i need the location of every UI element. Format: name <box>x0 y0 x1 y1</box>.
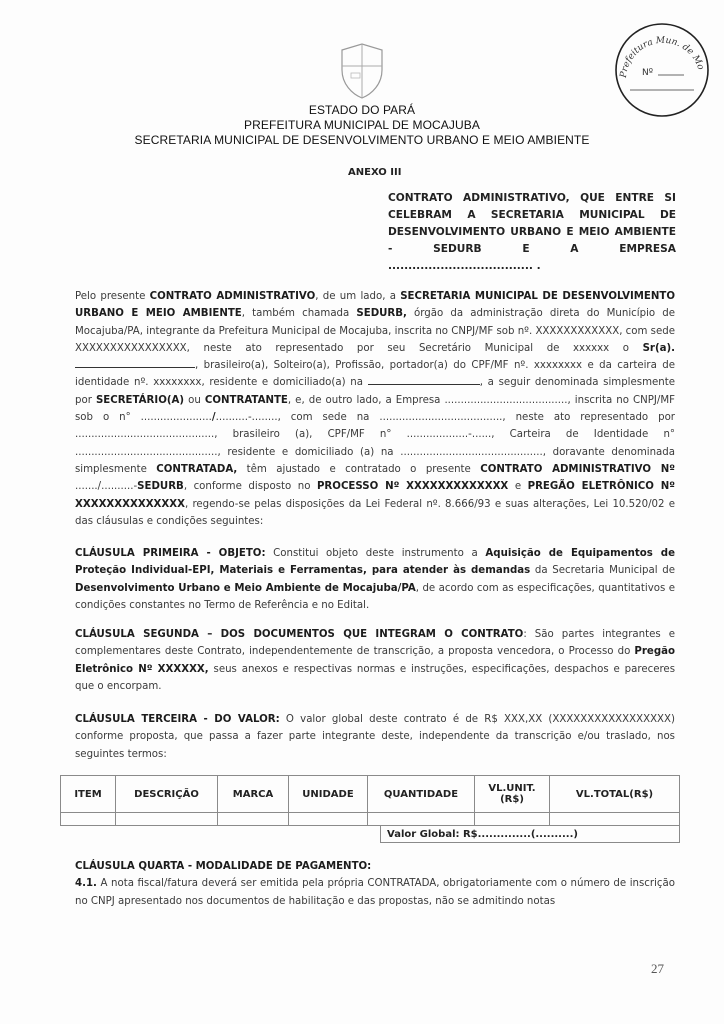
cell <box>116 813 218 826</box>
col-description: DESCRIÇÃO <box>116 776 218 813</box>
clause-4-heading: CLÁUSULA QUARTA - MODALIDADE DE PAGAMENT… <box>75 858 675 875</box>
clause-4: CLÁUSULA QUARTA - MODALIDADE DE PAGAMENT… <box>75 858 675 910</box>
svg-text:Prefeitura Mun. de Mocajuba: Prefeitura Mun. de Mocajuba <box>612 20 706 79</box>
text: Constitui objeto deste instrumento a <box>266 548 486 559</box>
text-bold: Sr(a). <box>643 343 675 354</box>
text: , de um lado, a <box>315 291 400 302</box>
text-bold: SEDURB <box>137 481 184 492</box>
text: ou <box>184 395 205 406</box>
cell <box>550 813 680 826</box>
text-bold: SECRETÁRIO(A) <box>96 395 184 406</box>
header-state: ESTADO DO PARÁ <box>0 103 724 117</box>
items-table: ITEM DESCRIÇÃO MARCA UNIDADE QUANTIDADE … <box>60 775 680 826</box>
text: e <box>508 481 527 492</box>
global-value: Valor Global: R$..............(.........… <box>380 825 680 843</box>
header-municipality: PREFEITURA MUNICIPAL DE MOCAJUBA <box>0 118 724 132</box>
cell <box>475 813 550 826</box>
cell <box>368 813 475 826</box>
col-item: ITEM <box>61 776 116 813</box>
clause-2: CLÁUSULA SEGUNDA – DOS DOCUMENTOS QUE IN… <box>75 626 675 695</box>
cell <box>289 813 368 826</box>
cell <box>61 813 116 826</box>
table-header-row: ITEM DESCRIÇÃO MARCA UNIDADE QUANTIDADE … <box>61 776 680 813</box>
col-quantity: QUANTIDADE <box>368 776 475 813</box>
col-total-value: VL.TOTAL(R$) <box>550 776 680 813</box>
text-bold: CONTRATO ADMINISTRATIVO Nº <box>480 464 675 475</box>
text: , conforme disposto no <box>184 481 317 492</box>
text: ......./..........- <box>75 481 137 492</box>
clause-1: CLÁUSULA PRIMEIRA - OBJETO: Constitui ob… <box>75 545 675 614</box>
clause-3: CLÁUSULA TERCEIRA - DO VALOR: O valor gl… <box>75 711 675 763</box>
text-bold: Desenvolvimento Urbano e Meio Ambiente d… <box>75 583 416 594</box>
municipal-crest-icon <box>338 42 386 100</box>
table-row <box>61 813 680 826</box>
header-secretariat: SECRETARIA MUNICIPAL DE DESENVOLVIMENTO … <box>0 133 724 147</box>
intro-paragraph: Pelo presente CONTRATO ADMINISTRATIVO, d… <box>75 288 675 530</box>
col-brand: MARCA <box>218 776 289 813</box>
text-bold: CONTRATO ADMINISTRATIVO <box>150 291 316 302</box>
text: A nota fiscal/fatura deverá ser emitida … <box>75 878 675 906</box>
text: da Secretaria Municipal de <box>530 565 675 576</box>
secretary-name-blank <box>75 358 195 368</box>
text-bold: PROCESSO Nº XXXXXXXXXXXXX <box>317 481 508 492</box>
cell <box>218 813 289 826</box>
text: , também chamada <box>242 308 357 319</box>
text: têm ajustado e contratado o presente <box>237 464 480 475</box>
text-bold: SEDURB, <box>356 308 407 319</box>
clause-3-heading: CLÁUSULA TERCEIRA - DO VALOR: <box>75 714 280 725</box>
col-unit-value: VL.UNIT. (R$) <box>475 776 550 813</box>
address-blank <box>368 375 480 385</box>
page-number: 27 <box>651 961 664 977</box>
clause-1-heading: CLÁUSULA PRIMEIRA - OBJETO: <box>75 548 266 559</box>
clause-4-item-number: 4.1. <box>75 878 97 889</box>
clause-2-heading: CLÁUSULA SEGUNDA – DOS DOCUMENTOS QUE IN… <box>75 629 523 640</box>
text: Pelo presente <box>75 291 150 302</box>
stamp-arc-text: Prefeitura Mun. de Mocajuba <box>612 20 706 79</box>
col-unit: UNIDADE <box>289 776 368 813</box>
text-bold: CONTRATANTE <box>205 395 288 406</box>
annex-label: ANEXO III <box>348 167 401 178</box>
stamp-number-label: Nº <box>642 68 653 78</box>
text-bold: CONTRATADA, <box>156 464 237 475</box>
document-page: Prefeitura Mun. de Mocajuba Nº ESTADO DO… <box>0 0 724 1024</box>
contract-title: CONTRATO ADMINISTRATIVO, QUE ENTRE SI CE… <box>388 190 676 275</box>
